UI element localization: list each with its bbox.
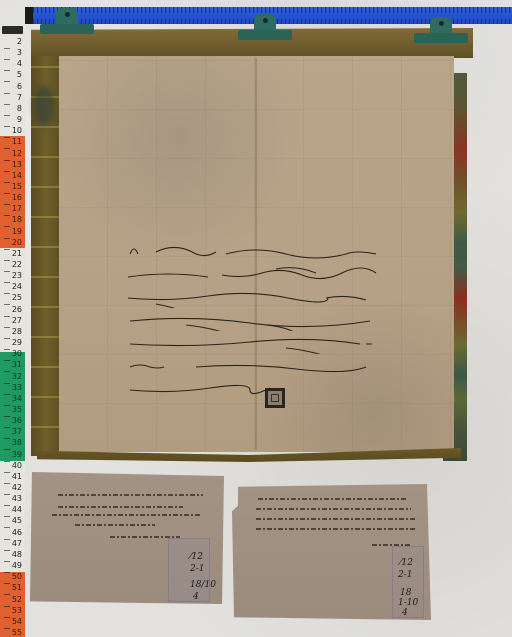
ruler-end-cap <box>2 26 23 34</box>
margin-note: 2-1 <box>398 570 413 580</box>
binder-clip <box>238 14 292 44</box>
margin-note: 2-1 <box>190 564 205 574</box>
margin-note: 4 <box>402 608 408 618</box>
margin-note: 1-10 <box>398 598 418 608</box>
stain <box>34 86 54 126</box>
left-measuring-ruler: 2345678910111213141516171819202122232425… <box>0 26 25 637</box>
square-seal-stamp <box>265 388 285 408</box>
script-line <box>126 378 378 401</box>
margin-note: 4 <box>193 592 199 602</box>
small-document-right: ⁄12 2-1 18 1-10 4 <box>232 484 431 620</box>
tibetan-script-block <box>126 240 378 401</box>
ruler-end-cap <box>25 7 33 24</box>
script-line <box>58 494 203 496</box>
margin-note: ⁄12 <box>190 552 203 562</box>
binder-clip <box>414 17 468 47</box>
script-line <box>126 332 378 355</box>
script-line <box>126 355 378 378</box>
script-line <box>256 508 411 510</box>
script-line <box>75 524 155 526</box>
margin-note: 18/10 <box>190 580 216 590</box>
script-line <box>126 286 378 309</box>
ruler-mark: 55 <box>0 625 25 637</box>
script-line <box>256 518 416 520</box>
left-silk-border <box>31 56 61 456</box>
margin-note: ⁄12 <box>400 558 413 568</box>
script-line <box>258 498 408 500</box>
script-line <box>58 506 183 508</box>
script-line <box>126 309 378 332</box>
margin-note: 18 <box>400 588 411 598</box>
script-line <box>126 263 378 286</box>
binder-clip <box>40 8 94 38</box>
script-line <box>126 240 378 263</box>
script-line <box>256 528 416 530</box>
small-document-left: ⁄12 2-1 18/10 4 <box>30 472 224 604</box>
ruler-ticks <box>25 7 512 13</box>
script-line <box>52 514 202 516</box>
